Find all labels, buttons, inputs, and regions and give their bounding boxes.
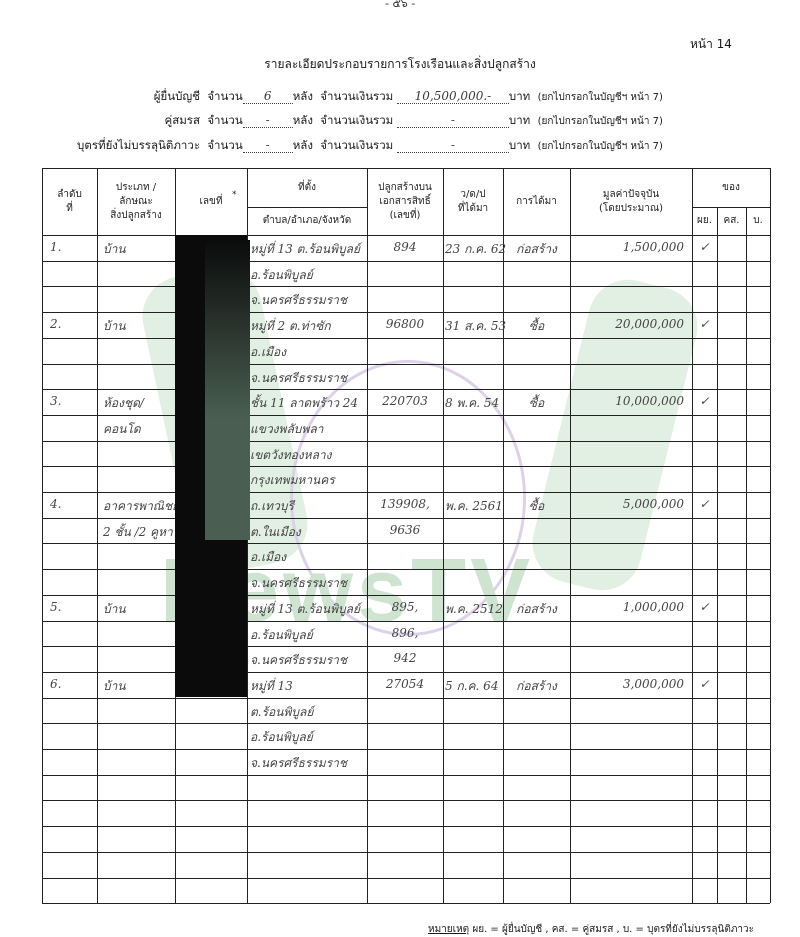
row-date: พ.ค. 2512	[445, 600, 503, 619]
header-deed: ปลูกสร้างบน เอกสารสิทธิ์ (เลขที่)	[367, 181, 443, 223]
row-deed: 96800	[369, 317, 441, 331]
row-acquisition: ก่อสร้าง	[505, 240, 568, 259]
header-type: ประเภท / ลักษณะ สิ่งปลูกสร้าง	[97, 181, 175, 223]
page-number: หน้า 14	[690, 35, 732, 54]
summary-count: -	[243, 138, 293, 153]
summary-line: บุตรที่ยังไม่บรรลุนิติภาวะ จำนวน-หลัง จำ…	[0, 137, 663, 155]
row-location: ต.ในเมือง	[250, 523, 301, 542]
summary-count-label: จำนวน	[207, 138, 242, 152]
header-value: มูลค่าปัจจุบัน (โดยประมาณ)	[570, 188, 692, 216]
row-location: หมู่ที่ 13	[250, 677, 293, 696]
table-rule	[42, 878, 770, 879]
row-location: ชั้น 11 ลาดพร้าว 24	[250, 394, 358, 413]
summary-line: ผู้ยื่นบัญชี จำนวน6หลัง จำนวนเงินรวม 10,…	[0, 88, 663, 106]
row-location: อ.ร้อนพิบูลย์	[250, 266, 313, 285]
row-acquisition: ซื้อ	[505, 317, 568, 336]
table-rule	[570, 168, 571, 903]
footnote: หมายเหตุ ผย. = ผู้ยื่นบัญชี , คส. = คู่ส…	[428, 922, 754, 937]
table-rule	[42, 389, 770, 390]
table-rule	[42, 312, 770, 313]
row-location: เขตวังทองหลาง	[250, 446, 332, 465]
row-acquisition: ก่อสร้าง	[505, 600, 568, 619]
row-value: 5,000,000	[572, 497, 684, 511]
table-rule	[42, 698, 770, 699]
table-rule	[746, 207, 747, 903]
table-rule	[770, 168, 771, 903]
row-deed: 139908,	[369, 497, 441, 511]
table-rule	[443, 168, 444, 903]
top-page-mark: - ๕๖ -	[385, 0, 415, 12]
table-rule	[717, 207, 718, 903]
row-type: คอนโด	[103, 420, 141, 439]
table-rule	[42, 543, 770, 544]
row-location: อ.เมือง	[250, 548, 286, 567]
header-owner-spouse: คส.	[717, 214, 746, 228]
table-rule	[42, 723, 770, 724]
row-date: 31 ส.ค. 53	[445, 317, 506, 336]
table-rule	[42, 492, 770, 493]
row-value: 1,500,000	[572, 240, 684, 254]
header-location: ที่ตั้ง	[247, 181, 367, 195]
row-seq: 2.	[50, 317, 61, 331]
summary-total: -	[397, 113, 509, 128]
summary-count: -	[243, 113, 293, 128]
summary-total: 10,500,000.-	[397, 89, 509, 104]
summary-total: -	[397, 138, 509, 153]
header-acquisition: การได้มา	[503, 195, 570, 209]
row-seq: 6.	[50, 677, 61, 691]
row-location: อ.ร้อนพิบูลย์	[250, 626, 313, 645]
row-owner-check: ✓	[694, 240, 715, 254]
table-rule	[692, 207, 770, 208]
table-rule	[42, 168, 43, 903]
row-value: 20,000,000	[572, 317, 684, 331]
row-location: หมู่ที่ 13 ต.ร้อนพิบูลย์	[250, 240, 360, 259]
table-rule	[97, 168, 98, 903]
summary-total-label: จำนวนเงินรวม	[320, 138, 393, 152]
row-value: 10,000,000	[572, 394, 684, 408]
header-seq: ลำดับ ที่	[42, 188, 97, 216]
table-rule	[42, 621, 770, 622]
row-type: บ้าน	[103, 677, 126, 696]
summary-owner: คู่สมรส	[0, 112, 200, 130]
summary-line: คู่สมรส จำนวน-หลัง จำนวนเงินรวม -บาท (ยก…	[0, 112, 663, 130]
row-owner-check: ✓	[694, 394, 715, 408]
table-rule	[42, 518, 770, 519]
row-seq: 1.	[50, 240, 61, 254]
table-rule	[247, 207, 367, 208]
row-acquisition: ซื้อ	[505, 497, 568, 516]
row-location: จ.นครศรีธรรมราช	[250, 754, 347, 773]
table-rule	[42, 595, 770, 596]
row-type: บ้าน	[103, 600, 126, 619]
row-owner-check: ✓	[694, 600, 715, 614]
summary-note: (ยกไปกรอกในบัญชีฯ หน้า 7)	[538, 141, 663, 152]
footnote-label: หมายเหตุ	[428, 924, 469, 935]
header-date: ว/ด/ป ที่ได้มา	[443, 188, 503, 216]
summary-currency: บาท	[509, 113, 530, 127]
summary-owner: ผู้ยื่นบัญชี	[0, 88, 200, 106]
table-rule	[42, 852, 770, 853]
row-acquisition: ก่อสร้าง	[505, 677, 568, 696]
row-location: แขวงพลับพลา	[250, 420, 323, 439]
row-date: 8 พ.ค. 54	[445, 394, 499, 413]
row-owner-check: ✓	[694, 317, 715, 331]
row-location: กรุงเทพมหานคร	[250, 471, 335, 490]
table-rule	[42, 749, 770, 750]
summary-unit: หลัง	[293, 89, 313, 103]
table-rule	[367, 168, 368, 903]
row-type: ห้องชุด/	[103, 394, 144, 413]
row-deed: 9636	[369, 523, 441, 537]
row-type: อาคารพาณิชย์	[103, 497, 179, 516]
row-value: 3,000,000	[572, 677, 684, 691]
table-rule	[42, 235, 770, 236]
header-location-sub: ตำบล/อำเภอ/จังหวัด	[247, 214, 367, 228]
row-location: อ.เมือง	[250, 343, 286, 362]
summary-unit: หลัง	[293, 138, 313, 152]
summary-currency: บาท	[509, 89, 530, 103]
row-type: 2 ชั้น /2 คูหา	[103, 523, 173, 542]
row-seq: 5.	[50, 600, 61, 614]
row-location: จ.นครศรีธรรมราช	[250, 651, 347, 670]
table-rule	[42, 569, 770, 570]
header-owner-filer: ผย.	[692, 214, 717, 228]
row-location: อ.ร้อนพิบูลย์	[250, 728, 313, 747]
footnote-text: ผย. = ผู้ยื่นบัญชี , คส. = คู่สมรส , บ. …	[469, 924, 754, 935]
header-owner-child: บ.	[746, 214, 770, 228]
table-rule	[42, 775, 770, 776]
summary-count: 6	[243, 89, 293, 104]
table-rule	[42, 903, 770, 904]
row-deed: 27054	[369, 677, 441, 691]
row-owner-check: ✓	[694, 497, 715, 511]
header-owner: ของ	[692, 181, 770, 195]
table-rule	[42, 415, 770, 416]
row-location: จ.นครศรีธรรมราช	[250, 369, 347, 388]
row-location: ถ.เทวบุรี	[250, 497, 294, 516]
table-rule	[42, 364, 770, 365]
row-seq: 4.	[50, 497, 61, 511]
summary-note: (ยกไปกรอกในบัญชีฯ หน้า 7)	[538, 92, 663, 103]
row-type: บ้าน	[103, 317, 126, 336]
table-rule	[42, 261, 770, 262]
table-rule	[42, 672, 770, 673]
table-rule	[42, 441, 770, 442]
table-rule	[42, 338, 770, 339]
row-deed: 894	[369, 240, 441, 254]
row-deed: 942	[369, 651, 441, 665]
row-deed: 220703	[369, 394, 441, 408]
summary-count-label: จำนวน	[207, 89, 242, 103]
summary-count-label: จำนวน	[207, 113, 242, 127]
row-deed: 896,	[369, 626, 441, 640]
table-rule	[42, 466, 770, 467]
summary-note: (ยกไปกรอกในบัญชีฯ หน้า 7)	[538, 116, 663, 127]
document-title: รายละเอียดประกอบรายการโรงเรือนและสิ่งปลู…	[0, 55, 800, 74]
row-date: พ.ค. 2561	[445, 497, 503, 516]
table-rule	[42, 800, 770, 801]
row-location: หมู่ที่ 13 ต.ร้อนพิบูลย์	[250, 600, 360, 619]
row-owner-check: ✓	[694, 677, 715, 691]
redaction-block	[205, 240, 250, 540]
row-date: 23 ก.ค. 62	[445, 240, 506, 259]
row-location: ต.ร้อนพิบูลย์	[250, 703, 313, 722]
table-rule	[692, 168, 693, 903]
row-date: 5 ก.ค. 64	[445, 677, 498, 696]
summary-currency: บาท	[509, 138, 530, 152]
table-rule	[42, 826, 770, 827]
summary-total-label: จำนวนเงินรวม	[320, 89, 393, 103]
row-location: จ.นครศรีธรรมราช	[250, 574, 347, 593]
row-deed: 895,	[369, 600, 441, 614]
row-seq: 3.	[50, 394, 61, 408]
row-location: จ.นครศรีธรรมราช	[250, 291, 347, 310]
header-number-mark: *	[232, 188, 237, 202]
row-location: หมู่ที่ 2 ต.ท่าซัก	[250, 317, 331, 336]
summary-owner: บุตรที่ยังไม่บรรลุนิติภาวะ	[0, 137, 200, 155]
table-rule	[42, 286, 770, 287]
summary-total-label: จำนวนเงินรวม	[320, 113, 393, 127]
table-rule	[503, 168, 504, 903]
row-acquisition: ซื้อ	[505, 394, 568, 413]
table-rule	[42, 646, 770, 647]
table-rule	[42, 168, 770, 169]
summary-unit: หลัง	[293, 113, 313, 127]
row-type: บ้าน	[103, 240, 126, 259]
row-value: 1,000,000	[572, 600, 684, 614]
